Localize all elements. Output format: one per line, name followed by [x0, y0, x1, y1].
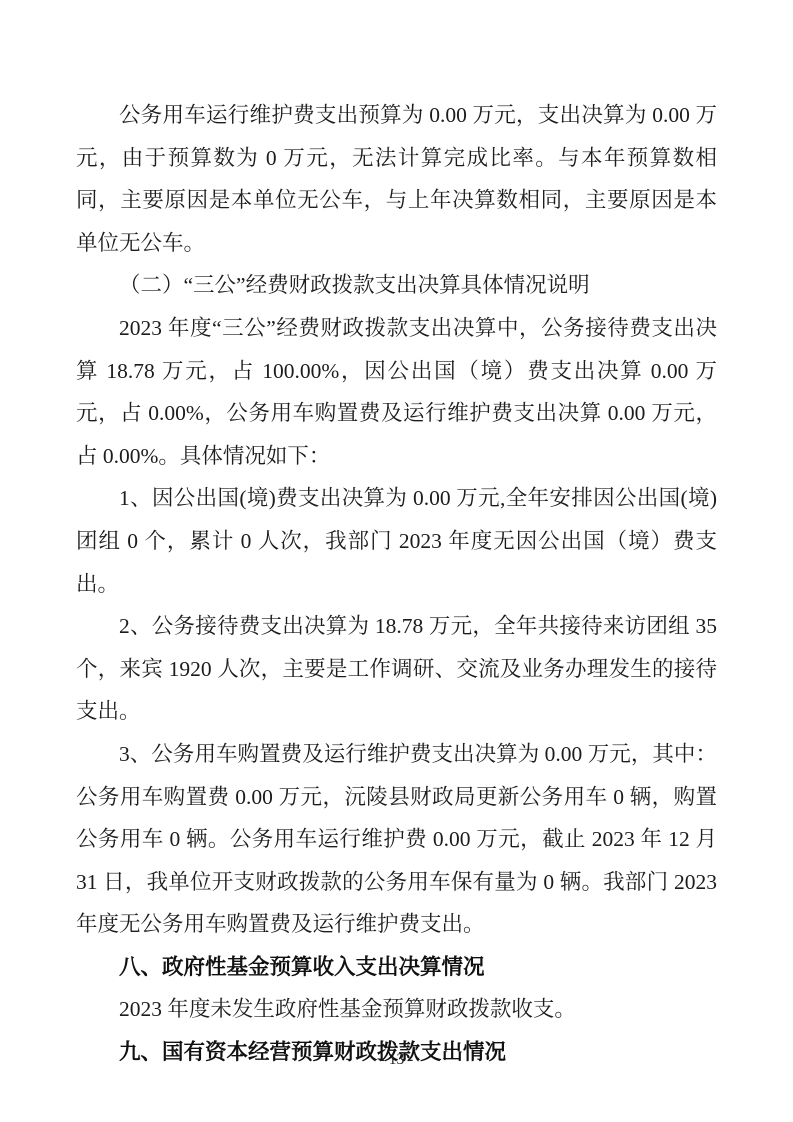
document-body: 公务用车运行维护费支出预算为 0.00 万元，支出决算为 0.00 万元，由于预…	[76, 94, 717, 1074]
paragraph-item1-overseas-travel: 1、因公出国(境)费支出决算为 0.00 万元,全年安排因公出国(境)团组 0 …	[76, 477, 717, 605]
paragraph-item2-official-reception: 2、公务接待费支出决算为 18.78 万元，全年共接待来访团组 35 个，来宾 …	[76, 605, 717, 733]
document-page: 公务用车运行维护费支出预算为 0.00 万元，支出决算为 0.00 万元，由于预…	[0, 0, 793, 1122]
paragraph-government-fund-budget: 2023 年度未发生政府性基金预算财政拨款收支。	[76, 988, 717, 1031]
page-number: - 13 -	[0, 1050, 793, 1070]
paragraph-three-public-funds-summary: 2023 年度“三公”经费财政拨款支出决算中，公务接待费支出决算 18.78 万…	[76, 307, 717, 477]
section-heading-8-government-fund-budget: 八、政府性基金预算收入支出决算情况	[76, 946, 717, 989]
paragraph-vehicle-maintenance-budget: 公务用车运行维护费支出预算为 0.00 万元，支出决算为 0.00 万元，由于预…	[76, 94, 717, 264]
subsection-heading-three-public-funds: （二）“三公”经费财政拨款支出决算具体情况说明	[76, 264, 717, 307]
paragraph-item3-vehicle-purchase-maintenance: 3、公务用车购置费及运行维护费支出决算为 0.00 万元，其中：公务用车购置费 …	[76, 733, 717, 946]
